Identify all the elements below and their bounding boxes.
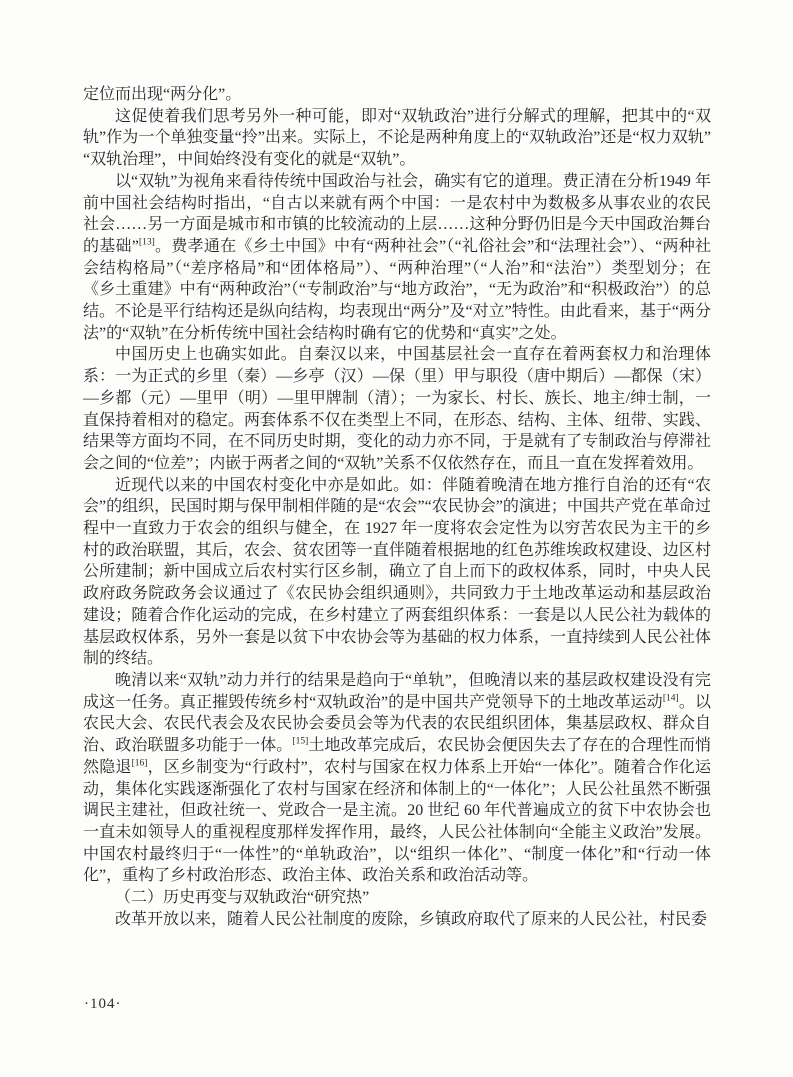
- document-page: 定位而出现“两分化”。这促使着我们思考另外一种可能，即对“双轨政治”进行分解式的…: [0, 0, 793, 1077]
- footnote-ref: [16]: [132, 758, 148, 768]
- footnote-ref: [14]: [663, 693, 679, 703]
- footnote-ref: [13]: [139, 238, 155, 248]
- paragraph: 中国历史上也确实如此。自秦汉以来，中国基层社会一直存在着两套权力和治理体系：一为…: [83, 344, 711, 474]
- paragraph: 近现代以来的中国农村变化中亦是如此。如：伴随着晚清在地方推行自治的还有“农会”的…: [83, 475, 711, 670]
- footnote-ref: [15]: [292, 737, 308, 747]
- paragraph: 以“双轨”为视角来看待传统中国政治与社会，确实有它的道理。费正清在分析1949 …: [83, 171, 711, 345]
- paragraph: 这促使着我们思考另外一种可能，即对“双轨政治”进行分解式的理解，把其中的“双轨”…: [83, 106, 711, 171]
- paragraph: 改革开放以来，随着人民公社制度的废除，乡镇政府取代了原来的人民公社，村民委: [83, 909, 711, 931]
- paragraph: 定位而出现“两分化”。: [83, 84, 711, 106]
- page-content: 定位而出现“两分化”。这促使着我们思考另外一种可能，即对“双轨政治”进行分解式的…: [83, 84, 711, 930]
- paragraph: 晚清以来“双轨”动力并行的结果是趋向于“单轨”，但晚清以来的基层政权建设没有完成…: [83, 670, 711, 887]
- page-number: ·104·: [84, 996, 122, 1013]
- section-heading: （二）历史再变与双轨政治“研究热”: [83, 887, 711, 909]
